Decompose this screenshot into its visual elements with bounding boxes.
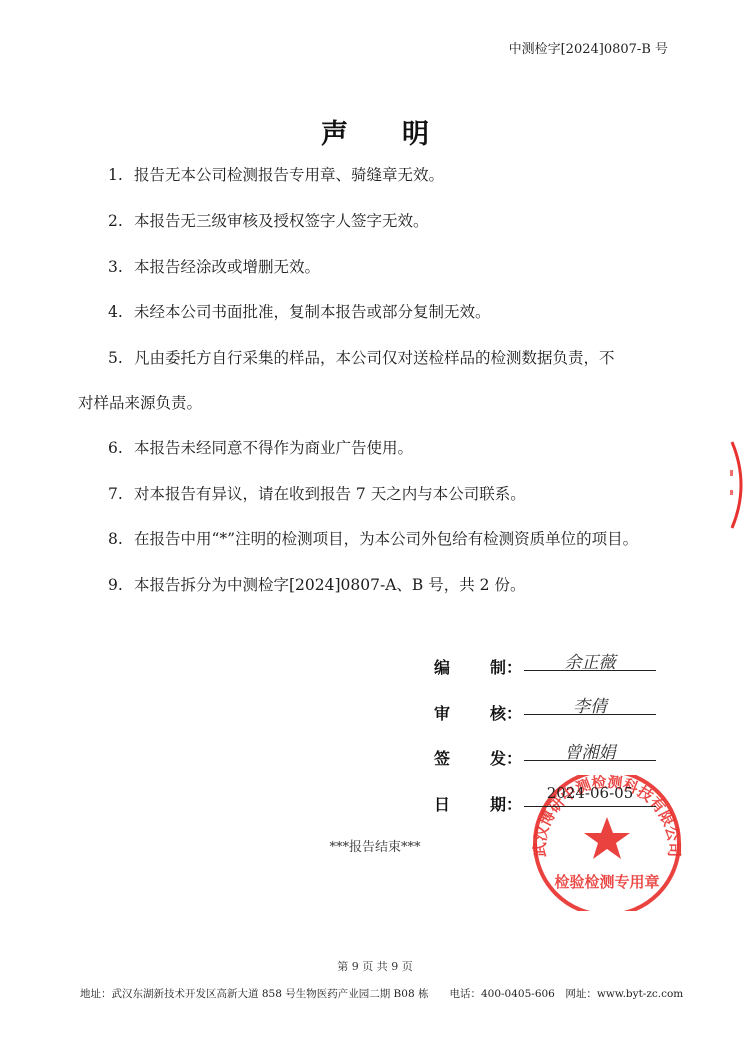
label-date: 日期： [434,792,522,815]
statement-text: 本报告未经同意不得作为商业广告使用。 [134,439,413,457]
statement-4: 4.未经本公司书面批准，复制本报告或部分复制无效。 [108,300,491,322]
label-issued-by: 签发： [434,746,522,769]
statement-2: 2.本报告无三级审核及授权签字人签字无效。 [108,209,429,231]
statement-text: 本报告拆分为中测检字[2024]0807-A、B 号，共 2 份。 [134,576,525,594]
statement-number: 2. [108,212,134,230]
statement-number: 3. [108,258,134,276]
statement-text: 凡由委托方自行采集的样品，本公司仅对送检样品的检测数据负责，不 [134,349,615,367]
statement-3: 3.本报告经涂改或增删无效。 [108,255,320,277]
statement-1: 1.报告无本公司检测报告专用章、骑缝章无效。 [108,163,444,185]
statement-5-continuation: 对样品来源负责。 [78,391,202,413]
seam-seal-fragment-icon [728,440,750,530]
signature-reviewed-by: 李倩 [524,692,656,715]
statement-text: 未经本公司书面批准，复制本报告或部分复制无效。 [134,303,491,321]
statement-7: 7.对本报告有异议，请在收到报告 7 天之内与本公司联系。 [108,482,526,504]
statement-5: 5.凡由委托方自行采集的样品，本公司仅对送检样品的检测数据负责，不 [108,346,615,368]
statement-number: 9. [108,576,134,594]
statement-text: 报告无本公司检测报告专用章、骑缝章无效。 [134,166,444,184]
statement-number: 7. [108,485,134,503]
statement-text: 对本报告有异议，请在收到报告 7 天之内与本公司联系。 [134,485,526,503]
page-title: 声明 [0,112,750,151]
statement-number: 8. [108,530,134,548]
statement-6: 6.本报告未经同意不得作为商业广告使用。 [108,436,413,458]
report-end-marker: ***报告结束*** [0,836,750,855]
statement-number: 6. [108,439,134,457]
statement-text: 本报告经涂改或增删无效。 [134,258,320,276]
statement-8: 8.在报告中用“*”注明的检测项目，为本公司外包给有检测资质单位的项目。 [108,527,638,549]
signature-issued-by: 曾湘娟 [524,738,656,761]
statement-text: 在报告中用“*”注明的检测项目，为本公司外包给有检测资质单位的项目。 [134,530,638,548]
statement-text: 本报告无三级审核及授权签字人签字无效。 [134,212,429,230]
svg-text:检验检测专用章: 检验检测专用章 [554,873,659,891]
statement-9: 9.本报告拆分为中测检字[2024]0807-A、B 号，共 2 份。 [108,573,525,595]
report-number: 中测检字[2024]0807-B 号 [509,38,668,57]
label-compiled-by: 编制： [434,655,522,678]
statement-number: 5. [108,349,134,367]
statement-number: 1. [108,166,134,184]
signature-date: 2024-06-05 [524,784,656,807]
signature-compiled-by: 余正薇 [524,648,656,671]
statement-number: 4. [108,303,134,321]
footer-contact: 地址：武汉东湖新技术开发区高新大道 858 号生物医药产业园二期 B08 栋 电… [80,986,683,1001]
label-reviewed-by: 审核： [434,701,522,724]
page-indicator: 第 9 页 共 9 页 [0,958,750,974]
